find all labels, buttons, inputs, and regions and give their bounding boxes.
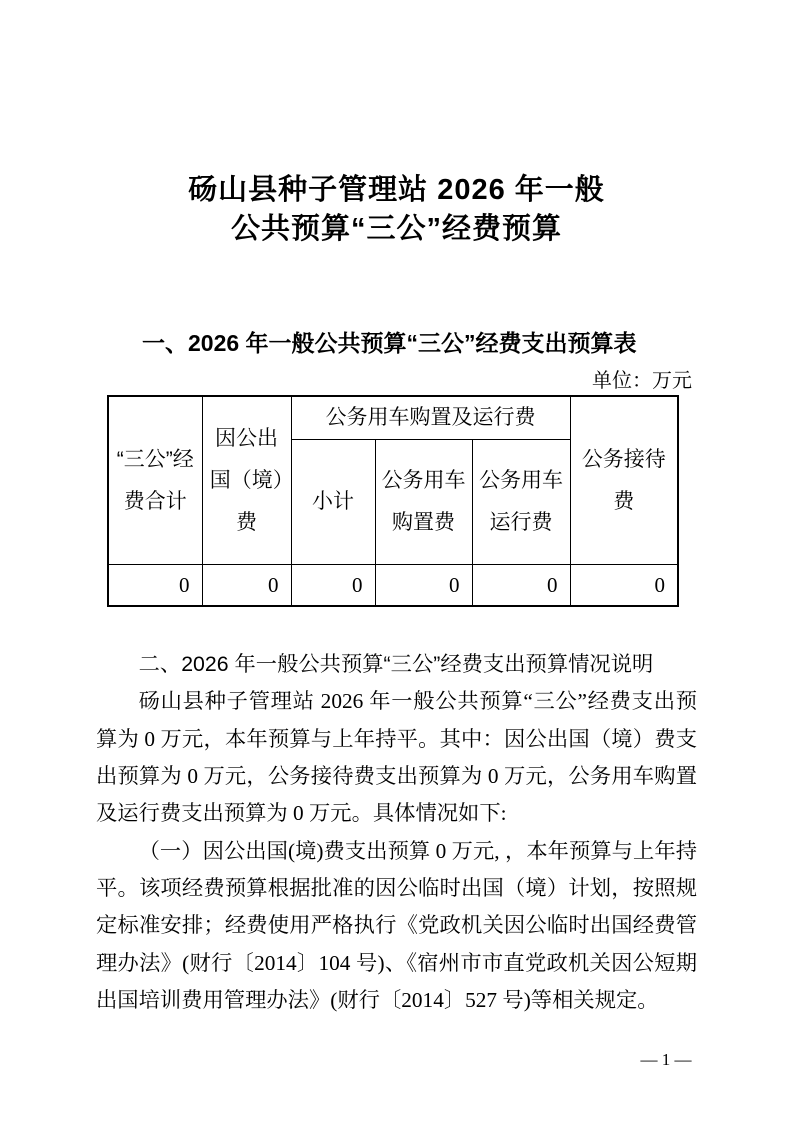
value-total: 0 [108,565,202,607]
section-2-paragraph-2: （一）因公出国(境)费支出预算 0 万元, ，本年预算与上年持平。该项经费预算根… [96,833,697,1020]
header-vehicle-operation: 公务用车运行费 [472,440,570,565]
table-unit-label: 单位：万元 [96,369,692,393]
header-vehicle-subtotal: 小计 [291,440,375,565]
table-row: 0 0 0 0 0 0 [108,565,678,607]
value-vehicle-operation: 0 [472,565,570,607]
header-vehicle-purchase: 公务用车购置费 [375,440,472,565]
section-1-heading: 一、2026 年一般公共预算“三公”经费支出预算表 [96,329,697,357]
document-page: 砀山县种子管理站 2026 年一般 公共预算“三公”经费预算 一、2026 年一… [0,0,793,1122]
document-title: 砀山县种子管理站 2026 年一般 公共预算“三公”经费预算 [96,171,697,249]
three-public-expenses-table: “三公”经费合计 因公出国（境）费 公务用车购置及运行费 公务接待费 小计 公务… [107,395,679,607]
header-total: “三公”经费合计 [108,396,202,565]
section-2-heading: 二、2026 年一般公共预算“三公”经费支出预算情况说明 [96,646,697,683]
page-number: — 1 — [601,1049,731,1071]
value-vehicle-purchase: 0 [375,565,472,607]
section-2-paragraph-1: 砀山县种子管理站 2026 年一般公共预算“三公”经费支出预算为 0 万元，本年… [96,683,697,832]
value-reception-fee: 0 [570,565,678,607]
document-title-line-2: 公共预算“三公”经费预算 [96,210,697,249]
section-2-block: 二、2026 年一般公共预算“三公”经费支出预算情况说明 砀山县种子管理站 20… [96,646,697,1019]
value-abroad-fee: 0 [202,565,291,607]
header-vehicle-group: 公务用车购置及运行费 [291,396,570,440]
header-abroad-fee: 因公出国（境）费 [202,396,291,565]
value-vehicle-subtotal: 0 [291,565,375,607]
document-title-line-1: 砀山县种子管理站 2026 年一般 [96,171,697,210]
header-reception-fee: 公务接待费 [570,396,678,565]
